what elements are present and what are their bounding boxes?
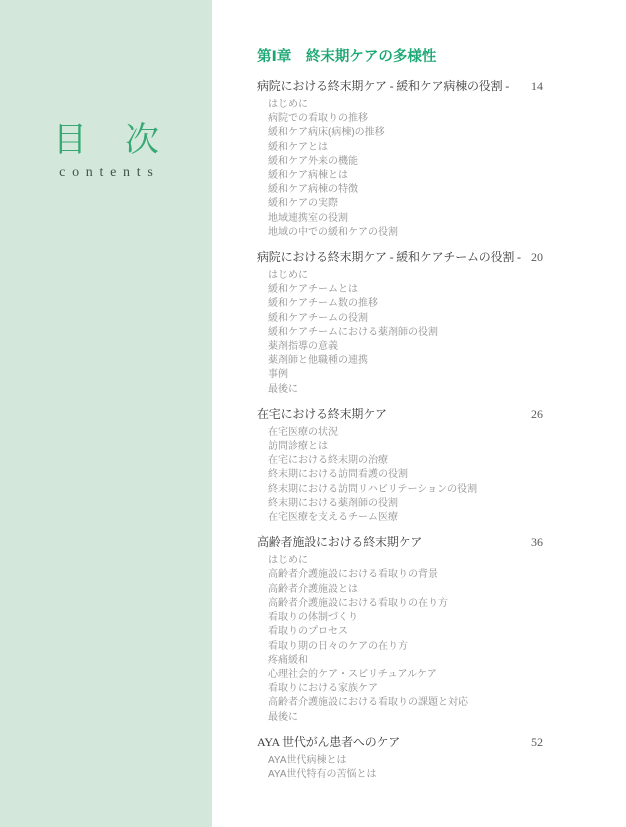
toc-item: 緩和ケア病棟とは: [257, 169, 543, 183]
toc-item: 緩和ケアとは: [257, 141, 543, 155]
section-page-number: 36: [523, 534, 543, 550]
toc-item: はじめに: [257, 98, 543, 112]
toc-item: 終末期における訪問看護の役割: [257, 468, 543, 482]
section-title: AYA 世代がん患者へのケア: [257, 734, 400, 750]
toc-section: 病院における終末期ケア - 緩和ケア病棟の役割 -14はじめに病院での看取りの推…: [257, 78, 543, 240]
toc-item: 看取りの体制づくり: [257, 611, 543, 625]
toc-item: AYA世代病棟とは: [257, 754, 543, 768]
toc-item: 緩和ケアチームの役割: [257, 312, 543, 326]
toc-item: 高齢者介護施設における看取りの課題と対応: [257, 696, 543, 710]
section-item-list: 在宅医療の状況訪問診療とは在宅における終末期の治療終末期における訪問看護の役割終…: [257, 426, 543, 525]
toc-item: 終末期における薬剤師の役割: [257, 497, 543, 511]
toc-item: 疼痛緩和: [257, 654, 543, 668]
toc-item: 緩和ケアの実際: [257, 197, 543, 211]
section-page-number: 26: [523, 406, 543, 422]
toc-page: 目 次 contents 第Ⅰ章 終末期ケアの多様性 病院における終末期ケア -…: [0, 0, 626, 827]
section-title: 高齢者施設における終末期ケア: [257, 534, 422, 550]
toc-item: 在宅医療を支えるチーム医療: [257, 511, 543, 525]
toc-item: 高齢者介護施設とは: [257, 583, 543, 597]
section-heading-row: 高齢者施設における終末期ケア36: [257, 534, 543, 550]
section-title: 病院における終末期ケア - 緩和ケアチームの役割 -: [257, 249, 521, 265]
section-heading-row: AYA 世代がん患者へのケア52: [257, 734, 543, 750]
toc-section: 病院における終末期ケア - 緩和ケアチームの役割 -20はじめに緩和ケアチームと…: [257, 249, 543, 397]
toc-item: 病院での看取りの推移: [257, 112, 543, 126]
toc-item: 緩和ケアチーム数の推移: [257, 297, 543, 311]
sidebar-subtitle: contents: [0, 165, 212, 181]
toc-item: 終末期における訪問リハビリテーションの役割: [257, 483, 543, 497]
section-heading-row: 病院における終末期ケア - 緩和ケアチームの役割 -20: [257, 249, 543, 265]
section-title: 病院における終末期ケア - 緩和ケア病棟の役割 -: [257, 78, 509, 94]
toc-item: 地域の中での緩和ケアの役割: [257, 226, 543, 240]
section-page-number: 14: [523, 78, 543, 94]
toc-item: 最後に: [257, 383, 543, 397]
section-heading-row: 病院における終末期ケア - 緩和ケア病棟の役割 -14: [257, 78, 543, 94]
toc-item: 緩和ケア外来の機能: [257, 155, 543, 169]
toc-item: 緩和ケア病棟の特徴: [257, 183, 543, 197]
toc-item: 薬剤指導の意義: [257, 340, 543, 354]
toc-content: 第Ⅰ章 終末期ケアの多様性 病院における終末期ケア - 緩和ケア病棟の役割 -1…: [257, 47, 543, 791]
toc-item: AYA世代特有の苦悩とは: [257, 768, 543, 782]
toc-section: AYA 世代がん患者へのケア52AYA世代病棟とはAYA世代特有の苦悩とは: [257, 734, 543, 782]
section-item-list: AYA世代病棟とはAYA世代特有の苦悩とは: [257, 754, 543, 782]
section-page-number: 52: [523, 734, 543, 750]
toc-item: 高齢者介護施設における看取りの在り方: [257, 597, 543, 611]
toc-item: 緩和ケアチームにおける薬剤師の役割: [257, 326, 543, 340]
toc-item: 高齢者介護施設における看取りの背景: [257, 568, 543, 582]
sidebar-title: 目 次: [0, 122, 212, 159]
toc-item: はじめに: [257, 554, 543, 568]
toc-item: 心理社会的ケア・スピリチュアルケア: [257, 668, 543, 682]
toc-item: 在宅における終末期の治療: [257, 454, 543, 468]
section-heading-row: 在宅における終末期ケア26: [257, 406, 543, 422]
toc-item: 緩和ケアチームとは: [257, 283, 543, 297]
section-title: 在宅における終末期ケア: [257, 406, 387, 422]
toc-item: 薬剤師と他職種の連携: [257, 354, 543, 368]
section-item-list: はじめに緩和ケアチームとは緩和ケアチーム数の推移緩和ケアチームの役割緩和ケアチー…: [257, 269, 543, 397]
section-item-list: はじめに病院での看取りの推移緩和ケア病床(病棟)の推移緩和ケアとは緩和ケア外来の…: [257, 98, 543, 240]
toc-item: 在宅医療の状況: [257, 426, 543, 440]
toc-item: 訪問診療とは: [257, 440, 543, 454]
toc-item: はじめに: [257, 269, 543, 283]
toc-item: 事例: [257, 368, 543, 382]
section-page-number: 20: [523, 249, 543, 265]
sidebar-title-block: 目 次 contents: [0, 122, 212, 181]
toc-list: 病院における終末期ケア - 緩和ケア病棟の役割 -14はじめに病院での看取りの推…: [257, 78, 543, 782]
section-item-list: はじめに高齢者介護施設における看取りの背景高齢者介護施設とは高齢者介護施設におけ…: [257, 554, 543, 724]
toc-item: 看取りにおける家族ケア: [257, 682, 543, 696]
toc-item: 緩和ケア病床(病棟)の推移: [257, 126, 543, 140]
toc-item: 最後に: [257, 711, 543, 725]
chapter-heading: 第Ⅰ章 終末期ケアの多様性: [257, 47, 543, 67]
toc-item: 地域連携室の役割: [257, 212, 543, 226]
sidebar: 目 次 contents: [0, 0, 212, 827]
toc-section: 高齢者施設における終末期ケア36はじめに高齢者介護施設における看取りの背景高齢者…: [257, 534, 543, 724]
toc-item: 看取りのプロセス: [257, 625, 543, 639]
toc-item: 看取り期の日々のケアの在り方: [257, 640, 543, 654]
toc-section: 在宅における終末期ケア26在宅医療の状況訪問診療とは在宅における終末期の治療終末…: [257, 406, 543, 525]
